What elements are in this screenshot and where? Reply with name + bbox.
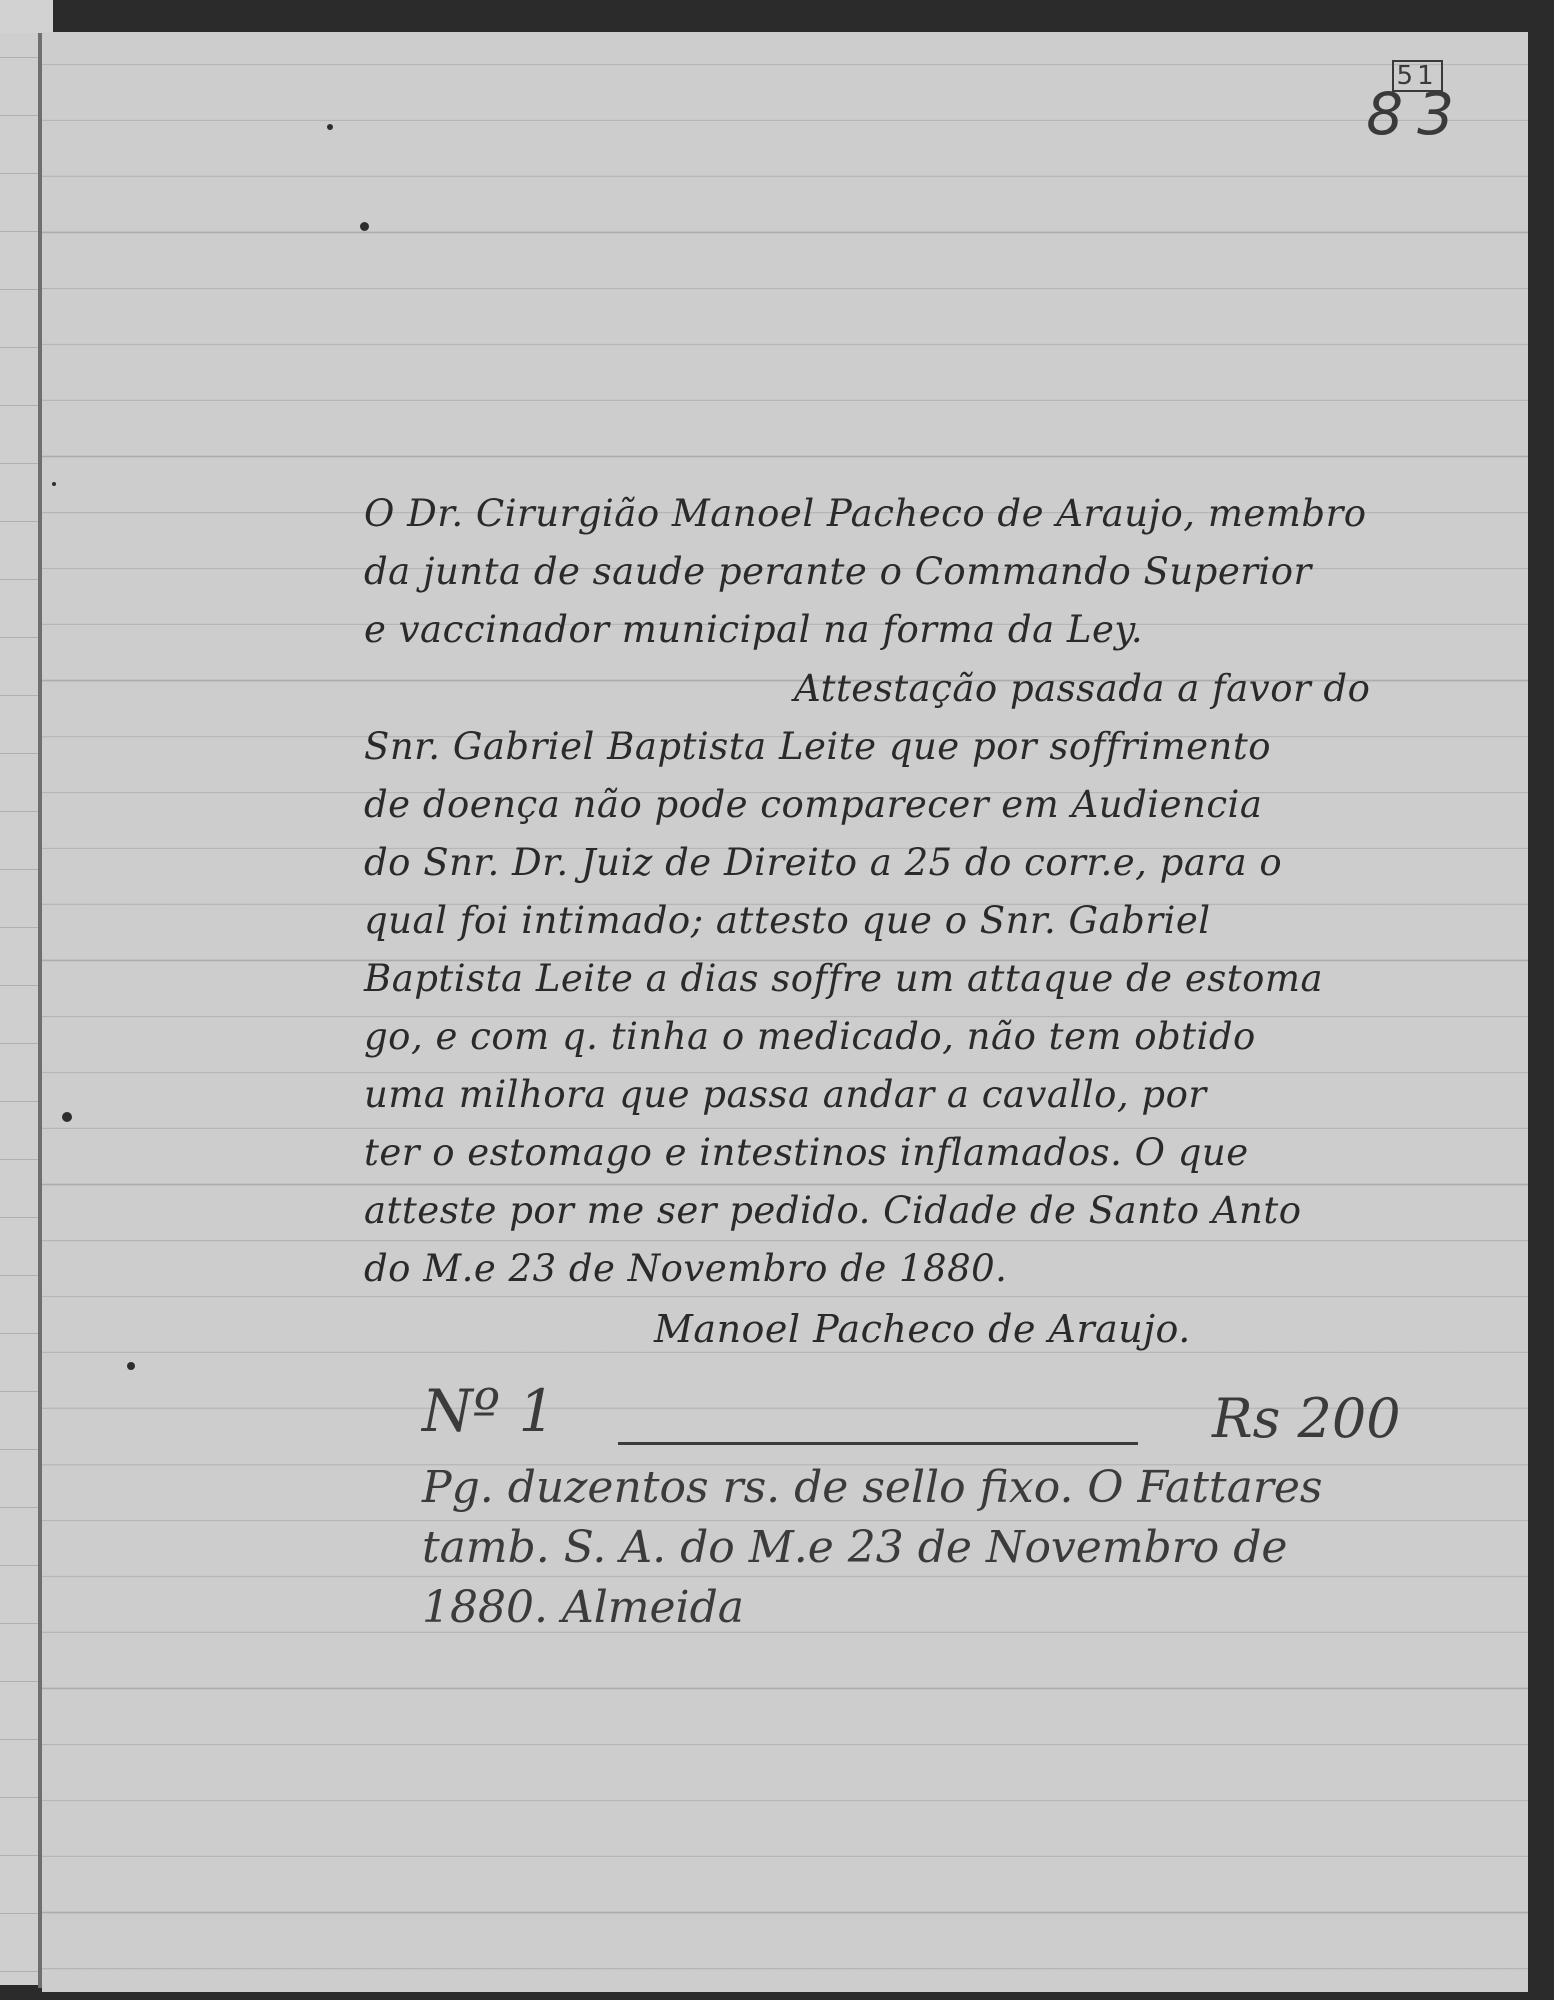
body-line-9: ter o estomago e intestinos inflamados. … — [364, 1131, 1249, 1174]
ink-speck — [52, 482, 56, 486]
body-line-7: go, e com q. tinha o medicado, não tem o… — [364, 1015, 1256, 1058]
body-line-1: Attestação passada a favor do — [794, 667, 1370, 710]
manuscript-page: 51 83 O Dr. Cirurgião Manoel Pacheco de … — [42, 32, 1528, 1992]
adjacent-page-edge — [0, 0, 42, 1985]
body-line-11: do M.e 23 de Novembro de 1880. — [364, 1247, 1007, 1290]
ink-speck — [360, 222, 369, 231]
body-line-8: uma milhora que passa andar a cavallo, p… — [364, 1073, 1207, 1116]
adjacent-page-corner — [0, 0, 53, 33]
ink-speck — [62, 1112, 72, 1122]
stamp-line-1: Pg. duzentos rs. de sello fixo. O Fattar… — [422, 1462, 1323, 1513]
header-line-2: da junta de saude perante o Commando Sup… — [364, 550, 1312, 593]
signature: Manoel Pacheco de Araujo. — [654, 1307, 1191, 1351]
stamp-underline — [618, 1442, 1138, 1445]
header-line-3: e vaccinador municipal na forma da Ley. — [364, 608, 1143, 651]
body-line-5: qual foi intimado; attesto que o Snr. Ga… — [364, 899, 1211, 942]
header-line-1: O Dr. Cirurgião Manoel Pacheco de Araujo… — [364, 492, 1367, 535]
body-line-2: Snr. Gabriel Baptista Leite que por soff… — [364, 725, 1271, 768]
stamp-line-2: tamb. S. A. do M.e 23 de Novembro de — [422, 1522, 1287, 1573]
folio-number: 51 83 — [1366, 60, 1468, 140]
stamp-amount: Rs 200 — [1212, 1387, 1401, 1450]
body-line-10: atteste por me ser pedido. Cidade de San… — [364, 1189, 1302, 1232]
folio-new-number: 83 — [1366, 88, 1468, 140]
ink-speck — [327, 124, 333, 130]
body-line-6: Baptista Leite a dias soffre um attaque … — [364, 957, 1323, 1000]
ink-speck — [127, 1362, 135, 1370]
body-line-4: do Snr. Dr. Juiz de Direito a 25 do corr… — [364, 841, 1282, 884]
stamp-number: Nº 1 — [422, 1377, 555, 1445]
stamp-line-3: 1880. Almeida — [422, 1582, 744, 1633]
body-line-3: de doença não pode comparecer em Audienc… — [364, 783, 1262, 826]
